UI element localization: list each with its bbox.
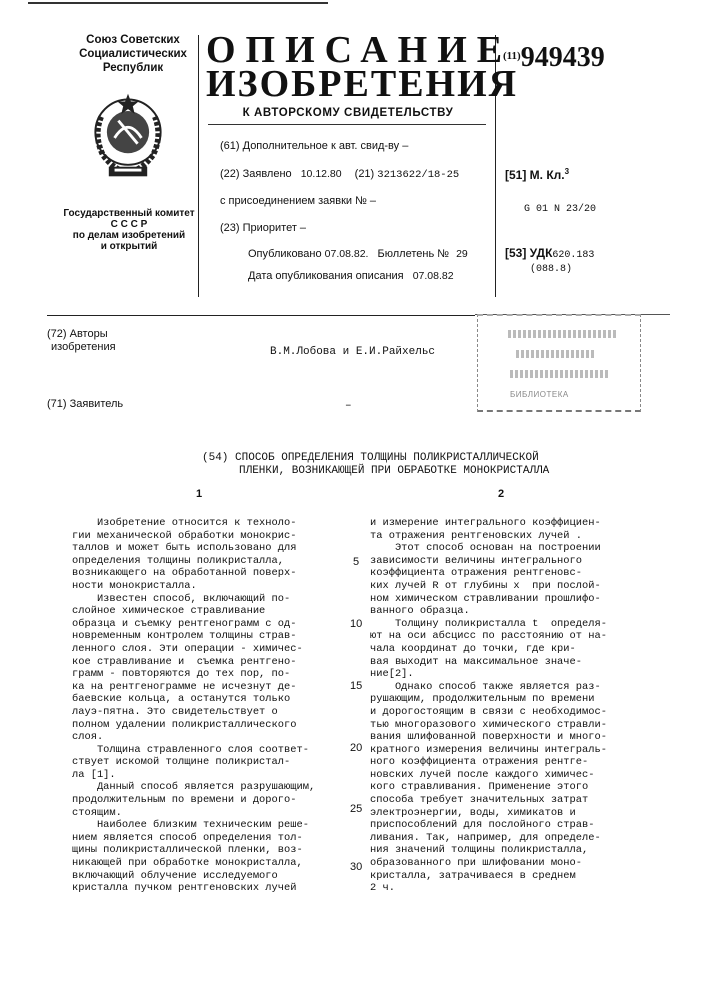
published-label: Опубликовано [248,248,322,260]
text-line: чала координат до точки, где кри- [370,643,607,656]
udk-value-2: (088.8) [530,264,572,275]
column-number-1: 1 [196,488,202,500]
udk-label: [53] УДК620.183 [505,246,594,261]
text-line: Однако способ также является раз- [370,681,607,694]
country-line: Союз Советских [68,33,198,47]
committee-line: Государственный комитет [60,208,198,219]
text-column-1: Изобретение относится к техноло-гии меха… [72,517,315,895]
text-line: электроэнергии, воды, химикатов и [370,807,607,820]
field-attach: с присоединением заявки № – [220,195,376,207]
document-subtitle: К АВТОРСКОМУ СВИДЕТЕЛЬСТВУ [208,107,488,119]
text-line: баевские кольца, а останутся только [72,693,315,706]
text-line: ние[2]. [370,668,607,681]
text-line: ленного слоя. Эти операции - химичес- [72,643,315,656]
mkl-value: G 01 N 23/20 [524,204,596,215]
text-line: Изобретение относится к техноло- [72,517,315,530]
committee-name: Государственный комитет С С С Р по делам… [60,208,198,252]
text-line: кристалла пучком рентгеновских лучей [72,882,315,895]
text-line: никающей при обработке монокристалла, [72,857,315,870]
text-line: включающий облучение исследуемого [72,870,315,883]
description-date-value: 07.08.82 [413,270,454,282]
text-line: слоя. [72,731,315,744]
line-number: 30 [350,861,362,873]
section-separator [47,315,475,316]
line-number: 25 [350,803,362,815]
text-line: гии механической обработки монокрис- [72,530,315,543]
line-number: 20 [350,742,362,754]
patent-number-prefix: (11) [503,50,521,62]
field-published: Опубликовано 07.08.82. Бюллетень № 29 [248,248,468,260]
text-line: кристалла, затрачиваеся в среднем [370,870,607,883]
text-line: ности монокристалла. [72,580,315,593]
text-line: кого стравливания. Применение этого [370,781,607,794]
line-number: 5 [353,556,359,568]
text-line: и измерение интегрального коэффициен- [370,517,607,530]
invention-title: (54) СПОСОБ ОПРЕДЕЛЕНИЯ ТОЛЩИНЫ ПОЛИКРИС… [202,452,549,478]
country-name: Союз Советских Социалистических Республи… [68,33,198,75]
text-line: ют на оси абсцисс по расстоянию от на- [370,630,607,643]
text-line: ном химическом стравливании прошлифо- [370,593,607,606]
text-line: Этот способ основан на построении [370,542,607,555]
field-61: (61) Дополнительное к авт. свид-ву – [220,140,408,152]
text-line: 2 ч. [370,882,607,895]
ussr-emblem-icon [80,88,176,184]
text-line: ванного образца. [370,605,607,618]
text-line: ких лучей R от глубины x при послой- [370,580,607,593]
text-line: образца и съемку рентгенограмм с од- [72,618,315,631]
text-line: слойное химическое стравливание [72,605,315,618]
applicant-value: – [345,400,352,412]
text-line: продолжительным по времени и дорого- [72,794,315,807]
text-line: лауэ-пятна. Это свидетельствует о [72,706,315,719]
text-line: способа требует значительных затрат [370,794,607,807]
text-line: ного коэффициента отражения рентге- [370,756,607,769]
subtitle-underline [208,124,486,125]
text-line: кратного измерения величины интеграль- [370,744,607,757]
text-line: новременным контролем толщины страв- [72,630,315,643]
invention-title-line1: СПОСОБ ОПРЕДЕЛЕНИЯ ТОЛЩИНЫ ПОЛИКРИСТАЛЛИ… [235,452,539,464]
description-date-label: Дата опубликования описания [248,270,404,282]
text-line: ла [1]. [72,769,315,782]
invention-code: (54) [202,452,228,464]
text-line: Толщину поликристалла t определя- [370,618,607,631]
field-22-value: 10.12.80 [301,168,342,180]
text-line: возникающего на обработанной поверх- [72,567,315,580]
line-number: 10 [350,618,362,630]
field-21-label: (21) [355,168,375,180]
bulletin-value: 29 [456,248,468,260]
text-line: зависимости величины интегрального [370,555,607,568]
text-line: ка на рентгенограмме не исчезнут де- [72,681,315,694]
text-line: вания шлифованной поверхности и много- [370,731,607,744]
country-line: Социалистических [68,47,198,61]
committee-line: и открытий [60,241,198,252]
applicant-label: (71) Заявитель [47,398,123,411]
mkl-superscript: 3 [565,167,569,176]
mkl-label: [51] М. Кл.3 [505,167,569,182]
committee-line: по делам изобретений [60,230,198,241]
field-description-date: Дата опубликования описания 07.08.82 [248,270,454,282]
text-line: ствует искомой толщине поликристал- [72,756,315,769]
invention-title-line2: ПЛЕНКИ, ВОЗНИКАЮЩЕЙ ПРИ ОБРАБОТКЕ МОНОКР… [239,465,549,477]
document-title-line2: ИЗОБРЕТЕНИЯ [206,64,496,104]
field-23: (23) Приоритет – [220,222,306,234]
text-line: щины поликристаллической пленки, воз- [72,844,315,857]
udk-value: 620.183 [552,250,594,261]
text-line: ливания. Так, например, для определе- [370,832,607,845]
text-line: определения толщины поликристалла, [72,555,315,568]
text-line: тью многоразового химического стравли- [370,719,607,732]
field-22: (22) Заявлено 10.12.80 (21) 3213622/18-2… [220,168,459,181]
top-border-line [28,2,328,4]
header-divider-left [198,35,199,297]
udk-label-text: [53] УДК [505,246,552,260]
text-line: новских лучей после каждого химичес- [370,769,607,782]
authors-label: (72) Авторы изобретения [47,328,116,354]
patent-number: (11)949439 [503,42,605,74]
text-line: ния значений толщины поликристалла, [370,844,607,857]
text-line: Известен способ, включающий по- [72,593,315,606]
text-line: образованного при шлифовании моно- [370,857,607,870]
patent-number-value: 949439 [521,42,605,73]
authors-label-line1: (72) Авторы [47,328,116,341]
text-line: рушающим, продолжительным по времени [370,693,607,706]
committee-line: С С С Р [60,219,198,230]
line-number: 15 [350,680,362,692]
text-column-2: и измерение интегрального коэффициен-та … [370,517,607,895]
text-line: грамм - повторяются до тех пор, по- [72,668,315,681]
text-line: Наиболее близким техническим реше- [72,819,315,832]
text-line: коэффициента отражения рентгеновс- [370,567,607,580]
text-line: полном удалении поликристаллического [72,719,315,732]
authors-label-line2: изобретения [47,341,116,354]
text-line: Данный способ является разрушающим, [72,781,315,794]
text-line: та отражения рентгеновских лучей . [370,530,607,543]
published-value: 07.08.82. [325,248,369,260]
bulletin-label: Бюллетень № [378,248,450,260]
text-line: приспособлений для послойного страв- [370,819,607,832]
text-line: Толщина стравленного слоя соответ- [72,744,315,757]
authors-value: В.М.Лобова и Е.И.Райхельс [270,346,435,358]
text-line: и дорогостоящим в связи с необходимос- [370,706,607,719]
mkl-label-text: [51] М. Кл. [505,168,565,182]
field-21-value: 3213622/18-25 [377,169,459,181]
text-line: стоящим. [72,807,315,820]
field-22-label: (22) Заявлено [220,168,292,180]
country-line: Республик [68,61,198,75]
text-line: вая выходит на максимальное значе- [370,656,607,669]
library-stamp: БИБЛИОТЕКА [477,314,641,412]
text-line: нием является способ определения тол- [72,832,315,845]
text-line: таллов и может быть использовано для [72,542,315,555]
column-number-2: 2 [498,488,504,500]
text-line: кое стравливание и съемка рентгено- [72,656,315,669]
stamp-text: БИБЛИОТЕКА [510,390,569,399]
